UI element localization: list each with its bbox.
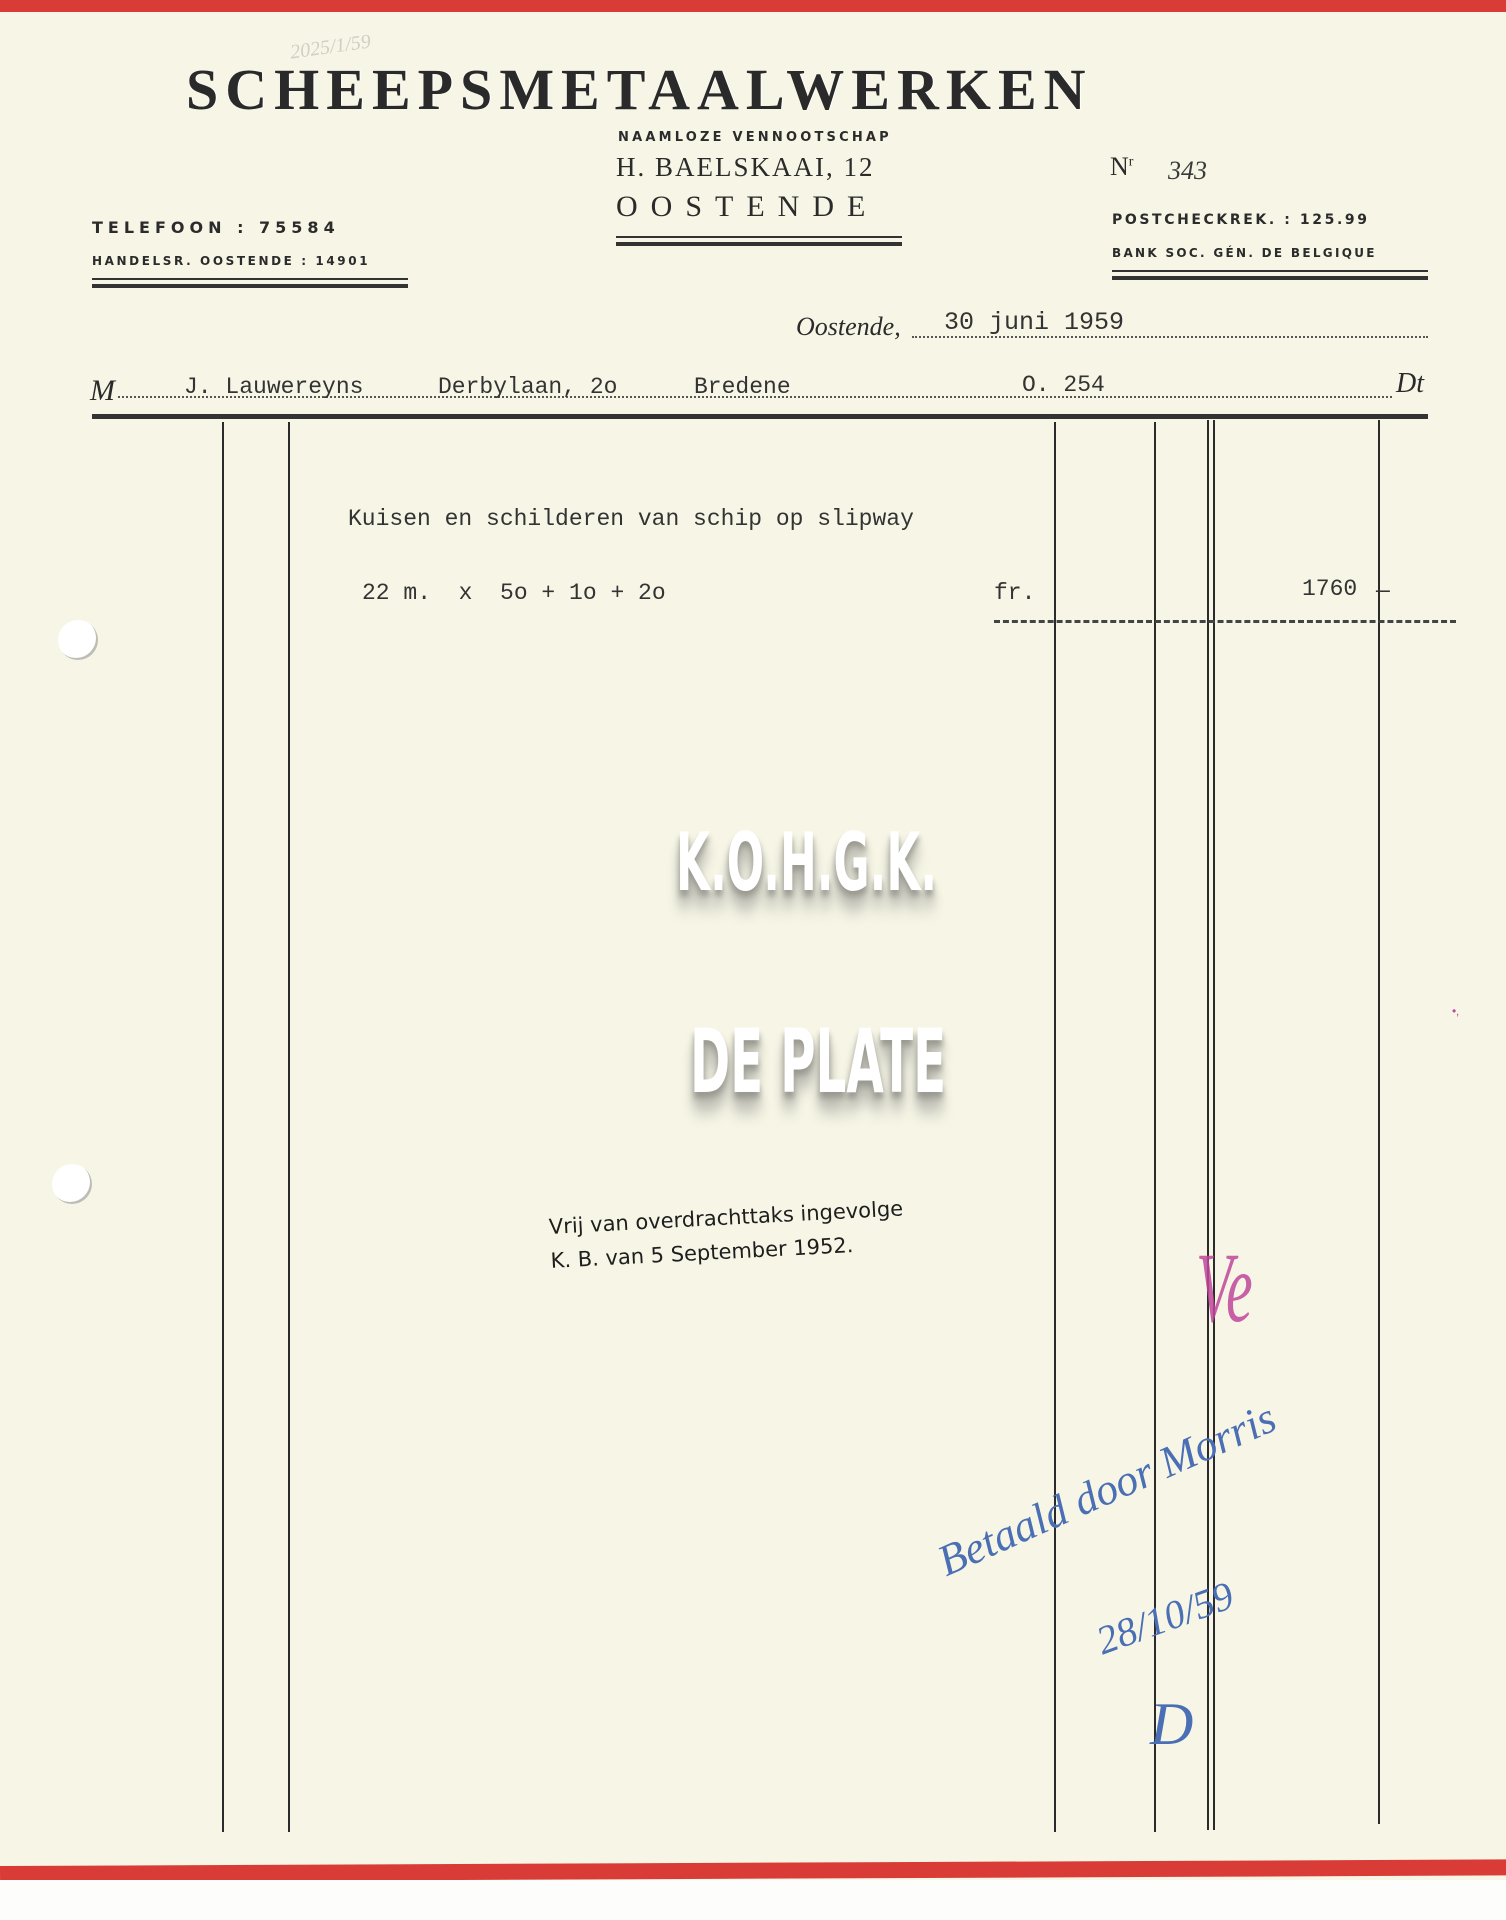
place-label: Oostende, [796,312,901,342]
number-label-sup: r [1129,154,1134,169]
company-city: OOSTENDE [616,190,878,224]
top-red-border [0,0,1506,12]
amount-cents-dash: — [1376,578,1390,604]
column-rule [1054,422,1056,1832]
table-top-rule [92,414,1428,419]
invoice-number: 343 [1168,156,1207,186]
left-triple-rule [92,278,408,286]
invoice-paper [0,0,1506,1920]
recipient-code: O. 254 [1022,372,1105,398]
column-rule [222,422,224,1832]
column-rule [1378,420,1380,1824]
punch-hole-icon [52,1164,92,1204]
debit-label: Dt [1396,368,1424,400]
signature-initial: D [1150,1690,1193,1759]
telephone: TELEFOON : 75584 [92,218,340,237]
pink-initials: Ve [1196,1230,1253,1345]
column-rule [288,422,290,1832]
recipient-name: J. Lauwereyns [184,374,363,400]
invoice-date: 30 juni 1959 [944,308,1124,337]
recipient-town: Bredene [694,374,791,400]
line-item-amount: 1760 [1302,576,1357,602]
line-item-calculation: 22 m. x 5o + 1o + 2o [362,580,666,606]
center-triple-rule [616,236,902,244]
punch-hole-icon [58,620,98,660]
pink-ink-dots: •‚ [1452,1004,1459,1018]
recipient-prefix: M [90,374,115,408]
trade-register: HANDELSR. OOSTENDE : 14901 [92,254,370,268]
company-name: SCHEEPSMETAALWERKEN [186,56,1093,123]
watermark-line1: K.O.H.G.K. [676,816,937,909]
number-label-text: N [1110,152,1129,181]
bank-name: BANK SOC. GÉN. DE BELGIQUE [1112,246,1377,260]
line-item-description: Kuisen en schilderen van schip op slipwa… [348,506,914,532]
legal-form: NAAMLOZE VENNOOTSCHAP [618,130,892,145]
recipient-street: Derbylaan, 2o [438,374,617,400]
company-address: H. BAELSKAAI, 12 [616,152,875,183]
watermark-line2: DE PLATE [690,1010,946,1113]
number-label: Nr [1110,152,1133,182]
scan-background [0,1880,1506,1920]
currency-label: fr. [994,580,1035,606]
total-dashed-rule [994,620,1456,623]
right-triple-rule [1112,270,1428,278]
postcheck-account: POSTCHECKREK. : 125.99 [1112,212,1370,228]
